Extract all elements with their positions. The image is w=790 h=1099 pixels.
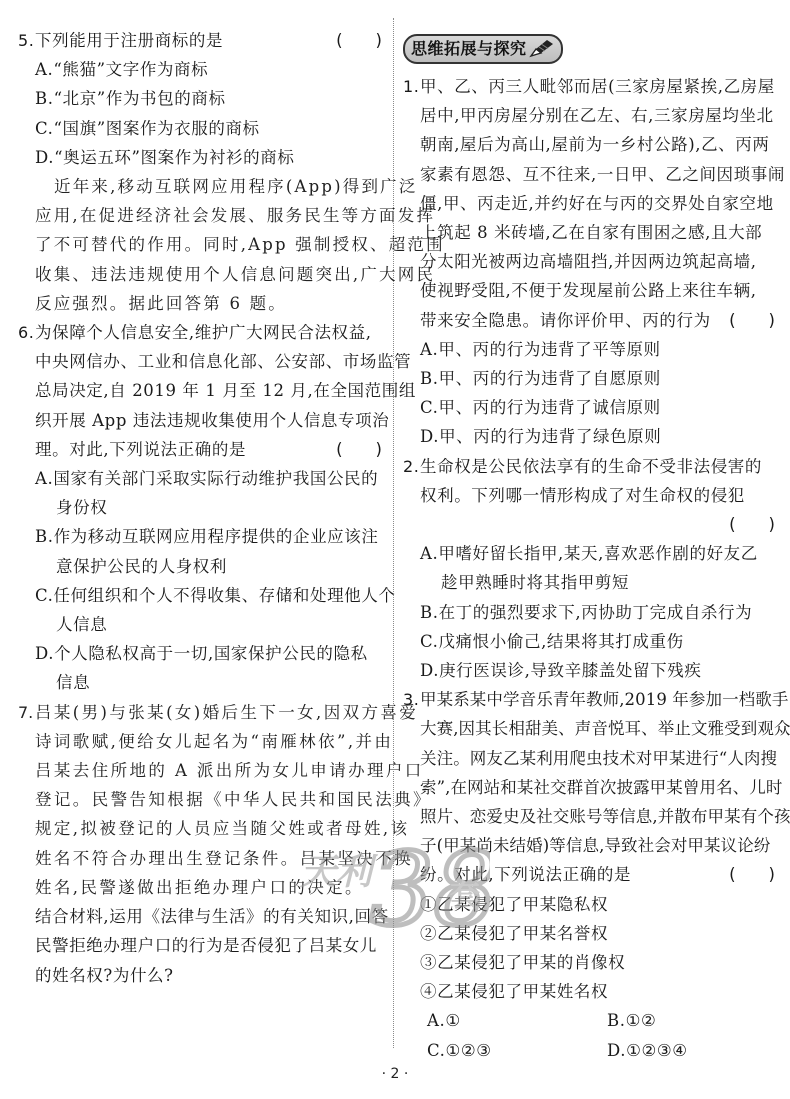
column-divider <box>393 18 394 1048</box>
document-page: 5.下列能用于注册商标的是 ( ) A.“熊猫”文字作为商标 B.“北京”作为书… <box>0 0 790 1099</box>
option-b-cont: 意保护公民的人身权利 <box>18 552 384 581</box>
material-q6: 近年来,移动互联网应用程序(App)得到广泛 应用,在促进经济社会发展、服务民生… <box>18 172 384 318</box>
question-line: 的姓名权?为什么? <box>18 961 384 990</box>
question-text: 上筑起 8 米砖墙,乙在自家有围困之感,且大部 <box>403 218 777 247</box>
question-text: 生命权是公民依法享有的生命不受非法侵害的 <box>420 457 762 476</box>
answer-bracket: ( ) <box>729 306 775 335</box>
material-line: 收集、违法违规使用个人信息问题突出,广大网民 <box>18 260 384 289</box>
question-text: 使视野受阻,不便于发现屋前公路上来往车辆, <box>403 276 777 305</box>
bracket-line: ( ) <box>403 510 777 539</box>
question-text: 下列能用于注册商标的是 <box>35 31 223 50</box>
question-5-stem: 5.下列能用于注册商标的是 ( ) <box>18 26 384 55</box>
question-line: 民警拒绝办理户口的行为是否侵犯了吕某女儿 <box>18 931 384 960</box>
choice-c: C.①②③ <box>427 1036 607 1065</box>
question-text: 照片、恋爱史及社交账号等信息,并散布甲某有个孩 <box>403 802 777 831</box>
answer-bracket: ( ) <box>336 26 382 55</box>
option-b: B.在丁的强烈要求下,丙协助丁完成自杀行为 <box>403 598 777 627</box>
material-line: 了不可替代的作用。同时,App 强制授权、超范围 <box>18 230 384 259</box>
option-b: B.作为移动互联网应用程序提供的企业应该注 <box>18 522 384 551</box>
question-6-stem: 6.为保障个人信息安全,维护广大网民合法权益, <box>18 318 384 347</box>
section-title: 思维拓展与探究 <box>411 34 527 63</box>
choice-grid: A.① B.①② C.①②③ D.①②③④ <box>403 1006 777 1064</box>
statement-3: ③乙某侵犯了甲某的肖像权 <box>403 948 777 977</box>
question-line: 结合材料,运用《法律与生活》的有关知识,回答 <box>18 902 384 931</box>
material-line: 诗词歌赋,便给女儿起名为“南雁林依”,并由 <box>18 727 384 756</box>
option-b: B.甲、丙的行为违背了自愿原则 <box>403 364 777 393</box>
question-text: 大赛,因其长相甜美、声音悦耳、举止文雅受到观众 <box>403 714 777 743</box>
question-text: 子(甲某尚未结婚)等信息,导致社会对甲某议论纷 <box>403 831 777 860</box>
question-number: 6. <box>18 318 35 347</box>
question-text: 为保障个人信息安全,维护广大网民合法权益, <box>35 323 372 342</box>
page-number: · 2 · <box>0 1066 790 1082</box>
option-a: A.甲、丙的行为违背了平等原则 <box>403 335 777 364</box>
material-line: 吕某去住所地的 A 派出所为女儿申请办理户口 <box>18 756 384 785</box>
question-text: 朝南,屋后为高山,屋前为一乡村公路),乙、丙两 <box>403 130 777 159</box>
material-line: 姓名不符合办理出生登记条件。吕某坚决不换 <box>18 844 384 873</box>
question-6: 6.为保障个人信息安全,维护广大网民合法权益, 中央网信办、工业和信息化部、公安… <box>18 318 384 698</box>
material-line: 反应强烈。据此回答第 6 题。 <box>18 289 384 318</box>
question-3-stem: 3.甲某系某中学音乐青年教师,2019 年参加一档歌手 <box>403 685 777 714</box>
question-text-last: 带来安全隐患。请你评价甲、丙的行为 ( ) <box>403 306 777 335</box>
option-d: D.甲、丙的行为违背了绿色原则 <box>403 422 777 451</box>
question-text: 甲某系某中学音乐青年教师,2019 年参加一档歌手 <box>420 690 788 709</box>
right-column: 思维拓展与探究 1.甲、乙、丙三人毗邻而居(三家房屋紧挨,乙房屋 居中,甲丙房屋… <box>403 34 777 1065</box>
question-text: 索”,在网站和某社交群首次披露甲某曾用名、儿时 <box>403 773 777 802</box>
material-line: 姓名,民警遂做出拒绝办理户口的决定。 <box>18 873 384 902</box>
option-d-cont: 信息 <box>18 668 384 697</box>
question-text: 甲、乙、丙三人毗邻而居(三家房屋紧挨,乙房屋 <box>420 77 775 96</box>
question-text: 理。对此,下列说法正确的是 <box>35 440 246 459</box>
question-1-stem: 1.甲、乙、丙三人毗邻而居(三家房屋紧挨,乙房屋 <box>403 72 777 101</box>
question-text: 中央网信办、工业和信息化部、公安部、市场监管 <box>18 347 384 376</box>
answer-bracket: ( ) <box>729 860 775 889</box>
statement-1: ①乙某侵犯了甲某隐私权 <box>403 890 777 919</box>
option-d: D.个人隐私权高于一切,国家保护公民的隐私 <box>18 639 384 668</box>
question-2: 2.生命权是公民依法享有的生命不受非法侵害的 权利。下列哪一情形构成了对生命权的… <box>403 452 777 686</box>
question-text-last: 理。对此,下列说法正确的是 ( ) <box>18 435 384 464</box>
option-c: C.戊痛恨小偷己,结果将其打成重伤 <box>403 627 777 656</box>
option-c-cont: 人信息 <box>18 610 384 639</box>
question-5: 5.下列能用于注册商标的是 ( ) A.“熊猫”文字作为商标 B.“北京”作为书… <box>18 26 384 172</box>
question-text: 分太阳光被两边高墙阻挡,并因两边筑起高墙, <box>403 247 777 276</box>
choice-a: A.① <box>427 1006 607 1035</box>
statement-4: ④乙某侵犯了甲某姓名权 <box>403 977 777 1006</box>
material-line: 应用,在促进经济社会发展、服务民生等方面发挥 <box>18 201 384 230</box>
question-3: 3.甲某系某中学音乐青年教师,2019 年参加一档歌手 大赛,因其长相甜美、声音… <box>403 685 777 1065</box>
question-text: 家素有恩怨、互不往来,一日甲、乙之间因琐事闹 <box>403 160 777 189</box>
material-line: 吕某(男)与张某(女)婚后生下一女,因双方喜爱 <box>35 703 418 722</box>
question-7: 7.吕某(男)与张某(女)婚后生下一女,因双方喜爱 诗词歌赋,便给女儿起名为“南… <box>18 698 384 990</box>
option-a: A.“熊猫”文字作为商标 <box>18 55 384 84</box>
left-column: 5.下列能用于注册商标的是 ( ) A.“熊猫”文字作为商标 B.“北京”作为书… <box>18 26 384 990</box>
option-a: A.甲嗜好留长指甲,某天,喜欢恶作剧的好友乙 <box>403 539 777 568</box>
question-number: 1. <box>403 72 420 101</box>
option-a-cont: 趁甲熟睡时将其指甲剪短 <box>403 568 777 597</box>
option-d: D.庚行医误诊,导致辛膝盖处留下残疾 <box>403 656 777 685</box>
question-text: 织开展 App 违法违规收集使用个人信息专项治 <box>18 406 384 435</box>
option-a-cont: 身份权 <box>18 493 384 522</box>
question-text-last: 纷。对此,下列说法正确的是 ( ) <box>403 860 777 889</box>
question-1: 1.甲、乙、丙三人毗邻而居(三家房屋紧挨,乙房屋 居中,甲丙房屋分别在乙左、右,… <box>403 72 777 452</box>
question-text: 关注。网友乙某利用爬虫技术对甲某进行“人肉搜 <box>403 744 777 773</box>
section-header-badge: 思维拓展与探究 <box>403 34 563 64</box>
pencil-icon <box>529 39 555 59</box>
option-b: B.“北京”作为书包的商标 <box>18 84 384 113</box>
option-c: C.“国旗”图案作为衣服的商标 <box>18 114 384 143</box>
question-text: 居中,甲丙房屋分别在乙左、右,三家房屋均坐北 <box>403 101 777 130</box>
option-d: D.“奥运五环”图案作为衬衫的商标 <box>18 143 384 172</box>
question-7-stem: 7.吕某(男)与张某(女)婚后生下一女,因双方喜爱 <box>18 698 384 727</box>
option-c: C.甲、丙的行为违背了诚信原则 <box>403 393 777 422</box>
question-text: 纷。对此,下列说法正确的是 <box>420 865 631 884</box>
answer-bracket: ( ) <box>729 510 775 539</box>
answer-bracket: ( ) <box>336 435 382 464</box>
question-text: 带来安全隐患。请你评价甲、丙的行为 <box>420 311 711 330</box>
choice-b: B.①② <box>607 1006 787 1035</box>
material-line: 规定,拟被登记的人员应当随父姓或者母姓,该 <box>18 814 384 843</box>
question-text: 僵,甲、丙走近,并约好在与丙的交界处自家空地 <box>403 189 777 218</box>
question-text: 总局决定,自 2019 年 1 月至 12 月,在全国范围组 <box>18 376 384 405</box>
option-a: A.国家有关部门采取实际行动维护我国公民的 <box>18 464 384 493</box>
question-text: 权利。下列哪一情形构成了对生命权的侵犯 <box>403 481 777 510</box>
choice-d: D.①②③④ <box>607 1036 787 1065</box>
question-2-stem: 2.生命权是公民依法享有的生命不受非法侵害的 <box>403 452 777 481</box>
statement-2: ②乙某侵犯了甲某名誉权 <box>403 919 777 948</box>
option-c: C.任何组织和个人不得收集、存储和处理他人个 <box>18 581 384 610</box>
material-line: 近年来,移动互联网应用程序(App)得到广泛 <box>18 172 384 201</box>
question-number: 7. <box>18 698 35 727</box>
question-number: 2. <box>403 452 420 481</box>
material-line: 登记。民警告知根据《中华人民共和国民法典》 <box>18 785 384 814</box>
question-number: 3. <box>403 685 420 714</box>
question-number: 5. <box>18 26 35 55</box>
